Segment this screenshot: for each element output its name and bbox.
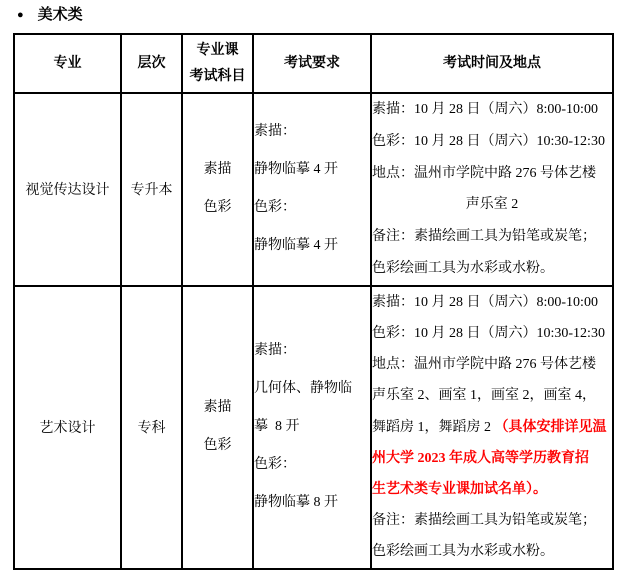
- cell-major: 艺术设计: [14, 286, 121, 569]
- bullet-icon: ●: [17, 4, 24, 26]
- exam-schedule-table: 专业 层次 专业课 考试科目 考试要求 考试时间及地点 视觉传达设计 专升本 素…: [13, 33, 614, 570]
- header-exam-requirements: 考试要求: [253, 34, 371, 93]
- table-row-visual-communication-design: 视觉传达设计 专升本 素描 色彩 素描： 静物临摹 4 开 色彩： 静物临摹 4…: [14, 93, 613, 286]
- note-line: 色彩绘画工具为水彩或水粉。: [372, 253, 612, 285]
- requirement-line: 静物临摹 4 开: [254, 227, 370, 265]
- schedule-line: 声乐室 2、画室 1，画室 2，画室 4，: [372, 380, 612, 411]
- requirement-line: 摹 8 开: [254, 408, 370, 446]
- header-level: 层次: [121, 34, 182, 93]
- cell-time-place: 素描：10 月 28 日（周六）8:00-10:00 色彩：10 月 28 日（…: [371, 93, 613, 286]
- requirement-line: 静物临摹 8 开: [254, 484, 370, 522]
- red-notice-line: 生艺术类专业课加试名单）。: [372, 474, 612, 505]
- header-major: 专业: [14, 34, 121, 93]
- table-row-art-design: 艺术设计 专科 素描 色彩 素描： 几何体、静物临 摹 8 开 色彩： 静物临摹…: [14, 286, 613, 569]
- section-title-text: 美术类: [38, 4, 83, 26]
- cell-level: 专科: [121, 286, 182, 569]
- requirement-line: 静物临摹 4 开: [254, 151, 370, 189]
- cell-time-place: 素描：10 月 28 日（周六）8:00-10:00 色彩：10 月 28 日（…: [371, 286, 613, 569]
- cell-requirements: 素描： 静物临摹 4 开 色彩： 静物临摹 4 开: [253, 93, 371, 286]
- schedule-room-line: 声乐室 2: [372, 189, 612, 221]
- schedule-line: 地点：温州市学院中路 276 号体艺楼: [372, 349, 612, 380]
- note-line: 备注：素描绘画工具为铅笔或炭笔；: [372, 505, 612, 536]
- cell-level: 专升本: [121, 93, 182, 286]
- red-notice-text: （具体安排详见温: [495, 420, 607, 435]
- schedule-line: 地点：温州市学院中路 276 号体艺楼: [372, 158, 612, 190]
- red-notice-line: 州大学 2023 年成人高等学历教育招: [372, 443, 612, 474]
- cell-major: 视觉传达设计: [14, 93, 121, 286]
- table-header-row: 专业 层次 专业课 考试科目 考试要求 考试时间及地点: [14, 34, 613, 93]
- schedule-line: 素描：10 月 28 日（周六）8:00-10:00: [372, 287, 612, 318]
- header-course-subjects: 专业课 考试科目: [182, 34, 253, 93]
- schedule-line: 色彩：10 月 28 日（周六）10:30-12:30: [372, 318, 612, 349]
- header-exam-time-place: 考试时间及地点: [371, 34, 613, 93]
- requirement-line: 素描：: [254, 113, 370, 151]
- requirement-line: 色彩：: [254, 446, 370, 484]
- requirement-line: 色彩：: [254, 189, 370, 227]
- schedule-line: 素描：10 月 28 日（周六）8:00-10:00: [372, 94, 612, 126]
- note-line: 备注：素描绘画工具为铅笔或炭笔；: [372, 221, 612, 253]
- cell-subjects: 素描 色彩: [182, 286, 253, 569]
- schedule-line-mixed: 舞蹈房 1，舞蹈房 2 （具体安排详见温: [372, 412, 612, 443]
- cell-requirements: 素描： 几何体、静物临 摹 8 开 色彩： 静物临摹 8 开: [253, 286, 371, 569]
- requirement-line: 素描：: [254, 332, 370, 370]
- cell-subjects: 素描 色彩: [182, 93, 253, 286]
- note-line: 色彩绘画工具为水彩或水粉。: [372, 536, 612, 567]
- section-title: ● 美术类: [17, 4, 83, 26]
- schedule-line: 色彩：10 月 28 日（周六）10:30-12:30: [372, 126, 612, 158]
- requirement-line: 几何体、静物临: [254, 370, 370, 408]
